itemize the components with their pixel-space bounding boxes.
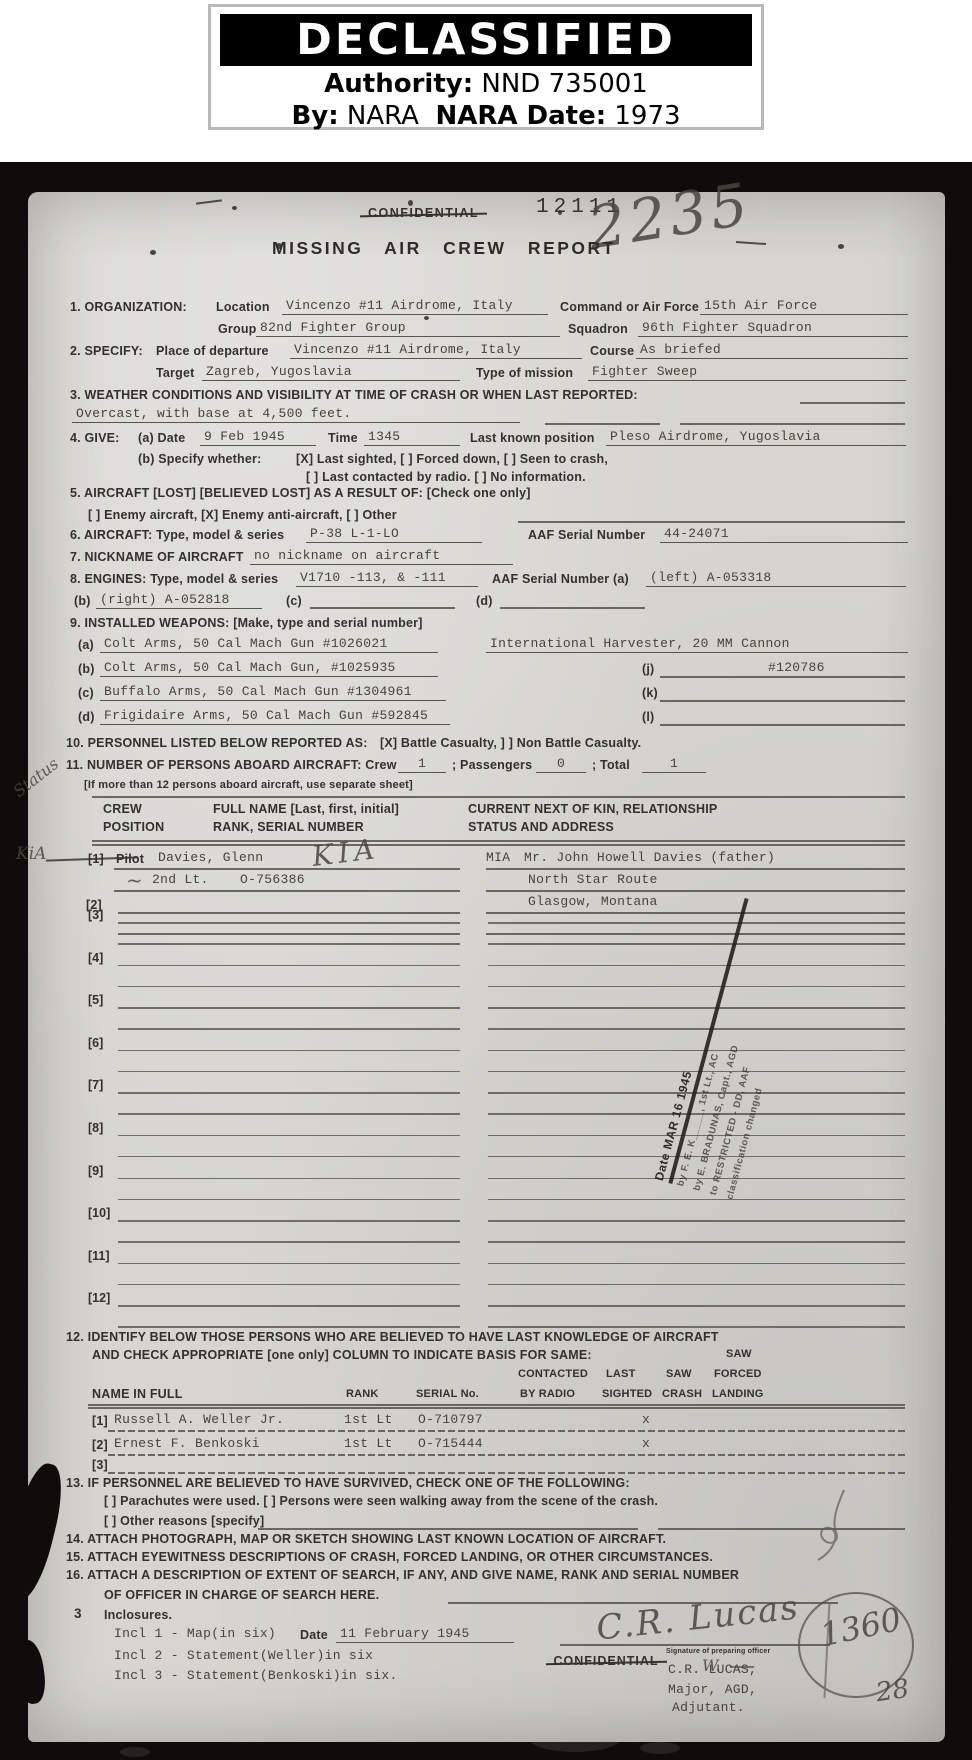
rule-line (118, 1284, 460, 1286)
s4b-label: (b) Specify whether: (138, 452, 261, 466)
rule-line (488, 965, 905, 967)
rule-line (488, 943, 905, 945)
s1-command-value: 15th Air Force (700, 298, 908, 315)
s12-row2-serial: O-715444 (418, 1436, 483, 1451)
rule-line (518, 521, 905, 523)
rule-line (118, 922, 460, 924)
rule-line (800, 402, 905, 404)
s4-date-value: 9 Feb 1945 (200, 429, 316, 446)
officer-name: C.R. LUCAS, (668, 1662, 757, 1677)
crew-blank-row: [11] (88, 1247, 908, 1290)
s10-label: 10. PERSONNEL LISTED BELOW REPORTED AS: (66, 736, 368, 750)
s2-course-value: As briefed (636, 342, 908, 359)
s10-options: [X] Battle Casualty, ] ] Non Battle Casu… (380, 736, 641, 750)
s8-type-value: V1710 -113, & -111 (296, 570, 478, 587)
s5-options: [ ] Enemy aircraft, [X] Enemy anti-aircr… (88, 508, 397, 522)
s4-position-label: Last known position (470, 431, 595, 445)
rule-line (118, 1028, 460, 1030)
rule-line (108, 1454, 905, 1456)
s8b-label: (b) (74, 594, 91, 608)
officer-rank: Major, AGD, (668, 1682, 757, 1697)
rule-line (92, 844, 905, 846)
s12-row1-name: Russell A. Weller Jr. (114, 1412, 284, 1427)
crew-col2-header: FULL NAME [Last, first, initial] (213, 802, 399, 816)
rule-line (500, 607, 645, 609)
incl2-text: Incl 2 - Statement(Weller)in six (114, 1648, 373, 1663)
rule-line (488, 1305, 905, 1307)
s12-h-sighted: SIGHTED (602, 1388, 652, 1400)
s11-note: [If more than 12 persons aboard aircraft… (84, 779, 413, 791)
crew-row-number: [8] (88, 1121, 103, 1135)
crew-row1-kia-handwriting: KIA (310, 832, 381, 873)
s12-h-rank: RANK (346, 1388, 379, 1400)
crew-row1-address1: North Star Route (528, 872, 658, 887)
pencil-squiggle (806, 1488, 852, 1562)
s4-label: 4. GIVE: (70, 431, 120, 445)
rule-line (660, 724, 905, 726)
s12-h-last: LAST (606, 1368, 636, 1380)
s11-crew-value: 1 (398, 756, 446, 773)
rule-line (114, 868, 460, 870)
s6-type-value: P-38 L-1-LO (306, 526, 482, 543)
rule-line (118, 1305, 460, 1307)
rule-line (488, 1241, 905, 1243)
s8c-label: (c) (286, 594, 302, 608)
crew-col1-header2: POSITION (103, 820, 164, 834)
rule-line (118, 986, 460, 988)
incl1-text: Incl 1 - Map(in six) (114, 1626, 276, 1641)
s15-label: 15. ATTACH EYEWITNESS DESCRIPTIONS OF CR… (66, 1550, 713, 1564)
crew-col3-header2: STATUS AND ADDRESS (468, 820, 614, 834)
crew-row1-name: Davies, Glenn (158, 850, 263, 865)
s1-group-label: Group (218, 322, 257, 336)
rule-line (118, 1113, 460, 1115)
incl3-text: Incl 3 - Statement(Benkoski)in six. (114, 1668, 398, 1683)
s13-line2: [ ] Other reasons [specify] (104, 1514, 264, 1528)
s1-group-value: 82nd Fighter Group (256, 320, 560, 337)
s8-serial-label: AAF Serial Number (a) (492, 572, 629, 586)
scanned-page: { "banner": { "title": "DECLASSIFIED", "… (0, 0, 972, 1760)
rule-line (488, 1199, 905, 1201)
s12-row3-number: [3] (92, 1458, 108, 1472)
officer-title: Adjutant. (672, 1700, 745, 1715)
rule-line (310, 607, 455, 609)
rule-line (92, 796, 905, 798)
rule-line (108, 1430, 905, 1432)
s12-row2-rank: 1st Lt (344, 1436, 393, 1451)
s6-serial-value: 44-24071 (660, 526, 908, 543)
incl1-date-value: 11 February 1945 (336, 1626, 514, 1643)
s14-label: 14. ATTACH PHOTOGRAPH, MAP OR SKETCH SHO… (66, 1532, 666, 1546)
s4-time-value: 1345 (364, 429, 460, 446)
s1-label: 1. ORGANIZATION: (70, 300, 187, 314)
rule-line (488, 1284, 905, 1286)
s2-mission-label: Type of mission (476, 366, 573, 380)
rule-line (88, 1404, 905, 1406)
crew-row-number: [4] (88, 951, 103, 965)
s12-line1: 12. IDENTIFY BELOW THOSE PERSONS WHO ARE… (66, 1330, 719, 1344)
s9k-label: (k) (642, 686, 658, 700)
s8-label: 8. ENGINES: Type, model & series (70, 572, 278, 586)
s2-label: 2. SPECIFY: (70, 344, 143, 358)
rule-line (118, 1326, 460, 1328)
s3-label: 3. WEATHER CONDITIONS AND VISIBILITY AT … (70, 388, 638, 402)
s12-line2: AND CHECK APPROPRIATE [one only] COLUMN … (92, 1348, 592, 1362)
pencil-dash (736, 241, 766, 245)
s9a-label: (a) (78, 638, 94, 652)
s12-h-contacted: CONTACTED (518, 1368, 588, 1380)
crew-row1-number: [1] (88, 852, 104, 866)
rule-line (118, 1156, 460, 1158)
crew-blank-row: [6] (88, 1034, 908, 1077)
rule-line (660, 676, 905, 678)
s9j-label: (j) (642, 662, 654, 676)
crew-blank-row: [9] (88, 1162, 908, 1205)
crew-row1-rank: 2nd Lt. (152, 872, 209, 887)
crew-row-number: [11] (88, 1249, 110, 1263)
s9j-value: #120786 (768, 660, 825, 675)
crew-row1-squiggle: ~ (126, 868, 143, 892)
s9l-label: (l) (642, 710, 654, 724)
crew-row1-kin: Mr. John Howell Davies (father) (524, 850, 775, 865)
s4-position-value: Pleso Airdrome, Yugoslavia (606, 429, 906, 446)
crew-row-number: [3] (88, 908, 103, 922)
crew-row-number: [9] (88, 1164, 103, 1178)
s4b-options-2: [ ] Last contacted by radio. [ ] No info… (306, 470, 586, 484)
crew-row-number: [5] (88, 993, 103, 1007)
pencil-dash (196, 199, 222, 204)
crew-blank-row: [7] (88, 1076, 908, 1119)
ink-speck (150, 250, 156, 255)
crew-row-number: [6] (88, 1036, 103, 1050)
s12-saw-top: SAW (726, 1348, 752, 1360)
form-content: CONFIDENTIAL 12111 2235 MISSING AIR CREW… (0, 0, 972, 1760)
s12-h-by-radio: BY RADIO (520, 1388, 575, 1400)
crew-row-number: [10] (88, 1206, 110, 1220)
s8d-label: (d) (476, 594, 493, 608)
s16-label: 16. ATTACH A DESCRIPTION OF EXTENT OF SE… (66, 1568, 739, 1582)
s1-location-value: Vincenzo #11 Airdrome, Italy (282, 298, 548, 315)
s12-h-name: NAME IN FULL (92, 1387, 183, 1401)
crew-col1-header: CREW (103, 802, 142, 816)
s9d-label: (d) (78, 710, 95, 724)
s12-row1-serial: O-710797 (418, 1412, 483, 1427)
s5-label: 5. AIRCRAFT [LOST] [BELIEVED LOST] AS A … (70, 486, 531, 500)
s13-line1: [ ] Parachutes were used. [ ] Persons we… (104, 1494, 658, 1508)
rule-line (118, 1135, 460, 1137)
incl1-date-label: Date (300, 1628, 328, 1642)
s6-label: 6. AIRCRAFT: Type, model & series (70, 528, 284, 542)
s8-left-value: (left) A-053318 (646, 570, 906, 587)
rule-line (118, 943, 460, 945)
margin-status-handwriting: Status (10, 754, 63, 801)
crew-row1-position: Pilot (116, 852, 144, 866)
confidential-stamp-bottom: CONFIDENTIAL (554, 1654, 659, 1668)
s12-h-saw: SAW (666, 1368, 692, 1380)
rule-line (680, 423, 905, 425)
s2-departure-value: Vincenzo #11 Airdrome, Italy (290, 342, 582, 359)
page-number-handwriting: 28 (874, 1674, 911, 1708)
s9c-value: Buffalo Arms, 50 Cal Mach Gun #1304961 (100, 684, 446, 701)
s11-passengers-value: 0 (536, 756, 586, 773)
rule-line (108, 1472, 905, 1474)
s16-label2: OF OFFICER IN CHARGE OF SEARCH HERE. (104, 1588, 379, 1602)
s2-mission-value: Fighter Sweep (588, 364, 906, 381)
s9a-right-value: International Harvester, 20 MM Cannon (486, 636, 908, 653)
rule-line (118, 1220, 460, 1222)
ink-speck (838, 244, 844, 249)
s8-right-value: (right) A-052818 (96, 592, 262, 609)
inclosures-count: 3 (74, 1606, 82, 1621)
s4-time-label: Time (328, 431, 358, 445)
s7-label: 7. NICKNAME OF AIRCRAFT (70, 550, 244, 564)
s9b-value: Colt Arms, 50 Cal Mach Gun, #1025935 (100, 660, 438, 677)
rule-line (118, 1199, 460, 1201)
rule-line (118, 1071, 460, 1073)
rule-line (118, 1263, 460, 1265)
s12-h-forced: FORCED (714, 1368, 762, 1380)
rule-line (118, 1092, 460, 1094)
s11-total-label: ; Total (592, 758, 630, 772)
s9-label: 9. INSTALLED WEAPONS: [Make, type and se… (70, 616, 423, 630)
s9c-label: (c) (78, 686, 94, 700)
rule-line (118, 1178, 460, 1180)
s6-serial-label: AAF Serial Number (528, 528, 645, 542)
crew-blank-row: [8] (88, 1119, 908, 1162)
s12-row2-number: [2] (92, 1438, 108, 1452)
s12-row2-name: Ernest F. Benkoski (114, 1436, 260, 1451)
rule-line (118, 1007, 460, 1009)
rule-line (660, 700, 905, 702)
rule-line (488, 986, 905, 988)
s9b-label: (b) (78, 662, 95, 676)
s11-total-value: 1 (642, 756, 706, 773)
crew-row1-serial: O-756386 (240, 872, 305, 887)
crew-col3-header: CURRENT NEXT OF KIN, RELATIONSHIP (468, 802, 717, 816)
rule-line (88, 1407, 905, 1409)
rule-line (486, 868, 905, 870)
crew-row1-status: MIA (486, 850, 510, 865)
s12-h-landing: LANDING (712, 1388, 764, 1400)
s9a-value: Colt Arms, 50 Cal Mach Gun #1026021 (100, 636, 438, 653)
s12-row1-sighted-mark: x (642, 1412, 650, 1427)
signature-handwriting: C.R. Lucas (594, 1587, 801, 1648)
ink-speck (232, 206, 237, 210)
crew-row-number: [12] (88, 1291, 110, 1305)
margin-kia-handwriting: KiA (16, 844, 46, 864)
signature-caption: Signature of preparing officer (666, 1648, 770, 1655)
rule-line (488, 922, 905, 924)
s2-target-label: Target (156, 366, 194, 380)
s2-departure-label: Place of departure (156, 344, 269, 358)
s13-label: 13. IF PERSONNEL ARE BELIEVED TO HAVE SU… (66, 1476, 630, 1490)
s12-h-serial: SERIAL No. (416, 1388, 479, 1400)
s7-value: no nickname on aircraft (250, 548, 513, 565)
confidential-stamp-top: CONFIDENTIAL (368, 206, 479, 220)
rule-line (118, 1241, 460, 1243)
rule-line (258, 1528, 638, 1530)
rule-line (486, 890, 905, 892)
crew-col2-header2: RANK, SERIAL NUMBER (213, 820, 364, 834)
s1-command-label: Command or Air Force (560, 300, 699, 314)
crew-blank-row: [12] (88, 1289, 908, 1332)
s12-row2-sighted-mark: x (642, 1436, 650, 1451)
s4b-options-1: [X] Last sighted, [ ] Forced down, [ ] S… (296, 452, 608, 466)
s12-row1-rank: 1st Lt (344, 1412, 393, 1427)
rule-line (92, 840, 905, 842)
rule-line (118, 965, 460, 967)
crew-row-number: [7] (88, 1078, 103, 1092)
inclosures-label: Inclosures. (104, 1608, 172, 1622)
s2-course-label: Course (590, 344, 634, 358)
s9d-value: Frigidaire Arms, 50 Cal Mach Gun #592845 (100, 708, 450, 725)
s2-target-value: Zagreb, Yugoslavia (202, 364, 460, 381)
rule-line (545, 423, 660, 425)
rule-line (488, 1326, 905, 1328)
s11-passengers-label: ; Passengers (452, 758, 532, 772)
rule-line (658, 1528, 905, 1530)
s12-row1-number: [1] (92, 1414, 108, 1428)
rule-line (488, 1263, 905, 1265)
s4-date-label: (a) Date (138, 431, 185, 445)
s1-squadron-label: Squadron (568, 322, 628, 336)
rule-line (488, 1220, 905, 1222)
rule-line (114, 890, 460, 892)
signature-rule (560, 1644, 830, 1646)
s11-label: 11. NUMBER OF PERSONS ABOARD AIRCRAFT: C… (66, 758, 397, 772)
crew-blank-row: [10] (88, 1204, 908, 1247)
s3-value: Overcast, with base at 4,500 feet. (72, 406, 520, 423)
s1-location-label: Location (216, 300, 270, 314)
s12-h-crash: CRASH (662, 1388, 702, 1400)
page-title: MISSING AIR CREW REPORT (272, 238, 616, 259)
rule-line (118, 1050, 460, 1052)
s1-squadron-value: 96th Fighter Squadron (638, 320, 908, 337)
